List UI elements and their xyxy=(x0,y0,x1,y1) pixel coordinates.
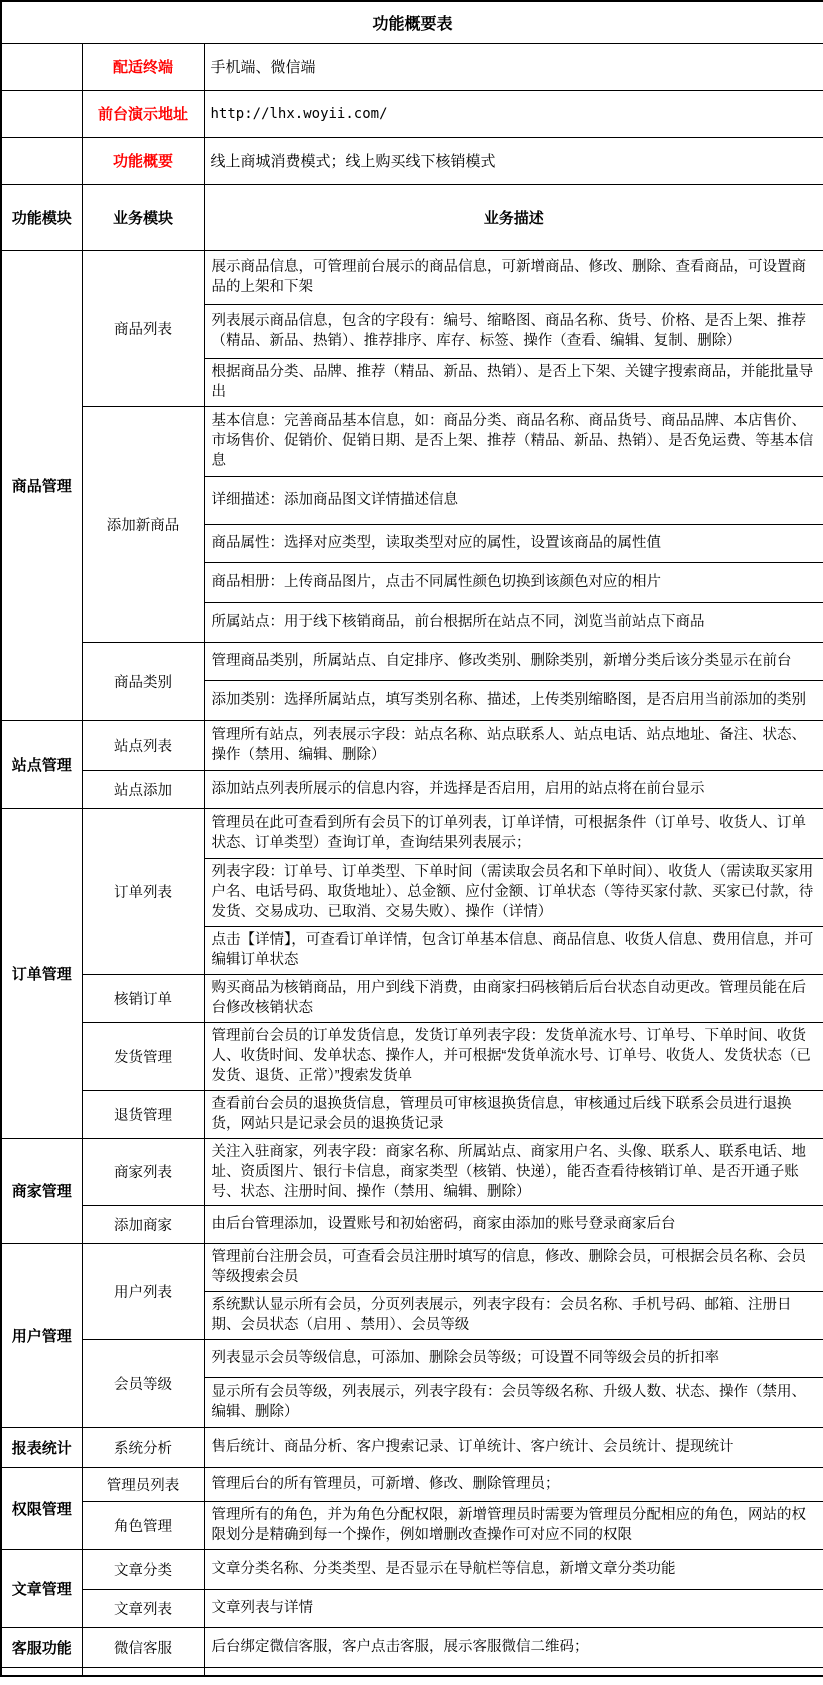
description-cell: 售后统计、商品分析、客户搜索记录、订单统计、客户统计、会员统计、提现统计 xyxy=(204,1427,823,1467)
description-cell: 管理员在此可查看到所有会员下的订单列表，订单详情，可根据条件（订单号、收货人、订… xyxy=(204,808,823,858)
table-row: 权限管理 管理员列表 管理后台的所有管理员，可新增、修改、删除管理员； xyxy=(1,1467,823,1501)
column-header-function-module: 功能模块 xyxy=(1,184,82,250)
description-cell: 查看前台会员的退换货信息，管理员可审核退换货信息，审核通过后线下联系会员进行退换… xyxy=(204,1090,823,1138)
module-cell-merchant: 商家管理 xyxy=(1,1138,82,1243)
description-cell: 管理前台会员的订单发货信息，发货订单列表字段：发货单流水号、订单号、下单时间、收… xyxy=(204,1022,823,1090)
page-title: 功能概要表 xyxy=(1,1,823,43)
submodule-cell-article-list: 文章列表 xyxy=(82,1589,204,1627)
description-cell: 商品相册：上传商品图片，点击不同属性颜色切换到该颜色对应的相片 xyxy=(204,562,823,602)
table-row: 商品管理 商品列表 展示商品信息，可管理前台展示的商品信息，可新增商品、修改、删… xyxy=(1,250,823,304)
column-header-business-module: 业务模块 xyxy=(82,184,204,250)
description-cell: 管理所有的角色，并为角色分配权限，新增管理员时需要为管理员分配相应的角色，网站的… xyxy=(204,1501,823,1549)
description-cell: 管理所有站点，列表展示字段：站点名称、站点联系人、站点电话、站点地址、备注、状态… xyxy=(204,720,823,770)
description-cell: 商品属性：选择对应类型，读取类型对应的属性，设置该商品的属性值 xyxy=(204,524,823,562)
table-row: 用户管理 用户列表 管理前台注册会员，可查看会员注册时填写的信息，修改、删除会员… xyxy=(1,1243,823,1291)
description-cell: 添加站点列表所展示的信息内容，并选择是否启用，启用的站点将在前台显示 xyxy=(204,770,823,808)
description-cell: 根据商品分类、品牌、推荐（精品、新品、热销）、是否上下架、关键字搜索商品，并能批… xyxy=(204,358,823,406)
description-cell: 购买商品为核销商品，用户到线下消费，由商家扫码核销后后台状态自动更改。管理员能在… xyxy=(204,974,823,1022)
table-row: 报表统计 系统分析 售后统计、商品分析、客户搜索记录、订单统计、客户统计、会员统… xyxy=(1,1427,823,1467)
table-row: 商家管理 商家列表 关注入驻商家，列表字段：商家名称、所属站点、商家用户名、头像… xyxy=(1,1138,823,1205)
submodule-cell-role-management: 角色管理 xyxy=(82,1501,204,1549)
submodule-cell-article-category: 文章分类 xyxy=(82,1549,204,1589)
module-cell-order: 订单管理 xyxy=(1,808,82,1138)
module-cell-customer-service: 客服功能 xyxy=(1,1627,82,1667)
table-row: 站点管理 站点列表 管理所有站点，列表展示字段：站点名称、站点联系人、站点电话、… xyxy=(1,720,823,770)
description-cell: 管理前台注册会员，可查看会员注册时填写的信息，修改、删除会员，可根据会员名称、会… xyxy=(204,1243,823,1291)
submodule-cell-order-list: 订单列表 xyxy=(82,808,204,974)
empty-cell xyxy=(1,1667,82,1676)
submodule-cell-site-add: 站点添加 xyxy=(82,770,204,808)
module-cell-site: 站点管理 xyxy=(1,720,82,808)
table-row: 角色管理 管理所有的角色，并为角色分配权限，新增管理员时需要为管理员分配相应的角… xyxy=(1,1501,823,1549)
table-row-partial xyxy=(1,1667,823,1676)
submodule-cell-merchant-add: 添加商家 xyxy=(82,1205,204,1243)
description-cell: 展示商品信息，可管理前台展示的商品信息，可新增商品、修改、删除、查看商品，可设置… xyxy=(204,250,823,304)
description-cell: 基本信息：完善商品基本信息，如：商品分类、商品名称、商品货号、商品品牌、本店售价… xyxy=(204,406,823,476)
table-row: 添加商家 由后台管理添加，设置账号和初始密码，商家由添加的账号登录商家后台 xyxy=(1,1205,823,1243)
meta-label-summary: 功能概要 xyxy=(82,137,204,184)
module-cell-goods: 商品管理 xyxy=(1,250,82,720)
description-cell: 列表展示商品信息，包含的字段有：编号、缩略图、商品名称、货号、价格、是否上架、推… xyxy=(204,304,823,358)
submodule-cell-verify-order: 核销订单 xyxy=(82,974,204,1022)
table-row: 站点添加 添加站点列表所展示的信息内容，并选择是否启用，启用的站点将在前台显示 xyxy=(1,770,823,808)
submodule-cell-returns: 退货管理 xyxy=(82,1090,204,1138)
description-cell: 系统默认显示所有会员，分页列表展示，列表字段有：会员名称、手机号码、邮箱、注册日… xyxy=(204,1291,823,1339)
empty-cell xyxy=(204,1667,823,1676)
meta-label-demo-url: 前台演示地址 xyxy=(82,90,204,137)
meta-label-terminal: 配适终端 xyxy=(82,43,204,90)
demo-url-text: http://lhx.woyii.com/ xyxy=(204,90,823,137)
submodule-cell-user-list: 用户列表 xyxy=(82,1243,204,1339)
table-row: 商品类别 管理商品类别，所属站点、自定排序、修改类别、删除类别，新增分类后该分类… xyxy=(1,642,823,680)
description-cell: 列表显示会员等级信息，可添加、删除会员等级；可设置不同等级会员的折扣率 xyxy=(204,1339,823,1377)
table-row: 退货管理 查看前台会员的退换货信息，管理员可审核退换货信息，审核通过后线下联系会… xyxy=(1,1090,823,1138)
submodule-cell-admin-list: 管理员列表 xyxy=(82,1467,204,1501)
submodule-cell-system-analysis: 系统分析 xyxy=(82,1427,204,1467)
submodule-cell-goods-category: 商品类别 xyxy=(82,642,204,720)
description-cell: 添加类别：选择所属站点，填写类别名称、描述，上传类别缩略图，是否启用当前添加的类… xyxy=(204,680,823,720)
table-row: 文章列表 文章列表与详情 xyxy=(1,1589,823,1627)
empty-cell xyxy=(1,137,82,184)
empty-cell xyxy=(82,1667,204,1676)
table-row: 会员等级 列表显示会员等级信息，可添加、删除会员等级；可设置不同等级会员的折扣率 xyxy=(1,1339,823,1377)
description-cell: 所属站点：用于线下核销商品，前台根据所在站点不同，浏览当前站点下商品 xyxy=(204,602,823,642)
module-cell-user: 用户管理 xyxy=(1,1243,82,1427)
submodule-cell-merchant-list: 商家列表 xyxy=(82,1138,204,1205)
description-cell: 关注入驻商家，列表字段：商家名称、所属站点、商家用户名、头像、联系人、联系电话、… xyxy=(204,1138,823,1205)
description-cell: 管理后台的所有管理员，可新增、修改、删除管理员； xyxy=(204,1467,823,1501)
table-row: 客服功能 微信客服 后台绑定微信客服，客户点击客服，展示客服微信二维码； xyxy=(1,1627,823,1667)
module-cell-article: 文章管理 xyxy=(1,1549,82,1627)
submodule-cell-add-goods: 添加新商品 xyxy=(82,406,204,642)
module-cell-report: 报表统计 xyxy=(1,1427,82,1467)
submodule-cell-wechat-service: 微信客服 xyxy=(82,1627,204,1667)
module-cell-permission: 权限管理 xyxy=(1,1467,82,1549)
table-row: 订单管理 订单列表 管理员在此可查看到所有会员下的订单列表，订单详情，可根据条件… xyxy=(1,808,823,858)
description-cell: 管理商品类别，所属站点、自定排序、修改类别、删除类别，新增分类后该分类显示在前台 xyxy=(204,642,823,680)
submodule-cell-member-level: 会员等级 xyxy=(82,1339,204,1427)
empty-cell xyxy=(1,43,82,90)
description-cell: 文章列表与详情 xyxy=(204,1589,823,1627)
meta-value-summary: 线上商城消费模式；线上购买线下核销模式 xyxy=(204,137,823,184)
description-cell: 文章分类名称、分类类型、是否显示在导航栏等信息，新增文章分类功能 xyxy=(204,1549,823,1589)
meta-value-terminal: 手机端、微信端 xyxy=(204,43,823,90)
description-cell: 详细描述：添加商品图文详情描述信息 xyxy=(204,476,823,524)
description-cell: 点击【详情】，可查看订单详情，包含订单基本信息、商品信息、收货人信息、费用信息，… xyxy=(204,926,823,974)
description-cell: 后台绑定微信客服，客户点击客服，展示客服微信二维码； xyxy=(204,1627,823,1667)
column-header-business-description: 业务描述 xyxy=(204,184,823,250)
function-summary-table: 功能概要表 配适终端 手机端、微信端 前台演示地址 http://lhx.woy… xyxy=(0,0,823,1677)
description-cell: 由后台管理添加，设置账号和初始密码，商家由添加的账号登录商家后台 xyxy=(204,1205,823,1243)
description-cell: 列表字段：订单号、订单类型、下单时间（需读取会员名和下单时间）、收货人（需读取买… xyxy=(204,858,823,926)
submodule-cell-site-list: 站点列表 xyxy=(82,720,204,770)
submodule-cell-shipping: 发货管理 xyxy=(82,1022,204,1090)
table-row: 添加新商品 基本信息：完善商品基本信息，如：商品分类、商品名称、商品货号、商品品… xyxy=(1,406,823,476)
submodule-cell-goods-list: 商品列表 xyxy=(82,250,204,406)
table-row: 文章管理 文章分类 文章分类名称、分类类型、是否显示在导航栏等信息，新增文章分类… xyxy=(1,1549,823,1589)
table-row: 核销订单 购买商品为核销商品，用户到线下消费，由商家扫码核销后后台状态自动更改。… xyxy=(1,974,823,1022)
table-row: 发货管理 管理前台会员的订单发货信息，发货订单列表字段：发货单流水号、订单号、下… xyxy=(1,1022,823,1090)
empty-cell xyxy=(1,90,82,137)
description-cell: 显示所有会员等级，列表展示，列表字段有：会员等级名称、升级人数、状态、操作（禁用… xyxy=(204,1377,823,1427)
